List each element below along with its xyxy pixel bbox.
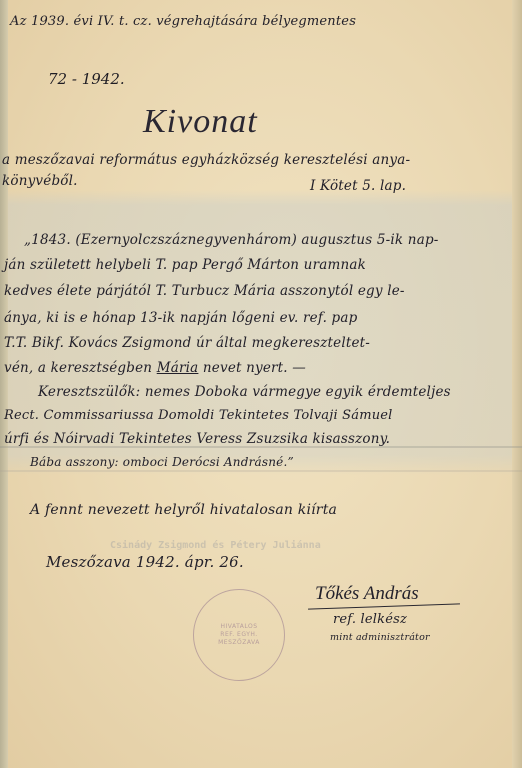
certification-line: A fennt nevezett helyről hivatalosan kií… — [30, 502, 337, 518]
document-title: Kivonat — [143, 103, 258, 141]
scanned-document: Az 1939. évi IV. t. cz. végrehajtására b… — [0, 0, 522, 768]
body-line-3: kedves élete párjától T. Turbucz Mária a… — [4, 283, 405, 299]
body-line-5: T.T. Bikf. Kovács Zsigmond úr által megk… — [4, 335, 370, 351]
show-through-typed-text: Csinády Zsigmond és Pétery Juliánna — [110, 540, 321, 551]
body-line-4: ánya, ki is e hónap 13-ik napján lőgeni … — [4, 310, 358, 326]
signature: Tőkés András — [315, 583, 419, 605]
body-line-6-text: vén, a keresztségben — [4, 360, 152, 376]
body-line-2: ján született helybeli T. pap Pergő Márt… — [4, 257, 366, 273]
body-line-1: „1843. (Ezernyolczszáznegyvenhárom) augu… — [24, 232, 439, 248]
signer-capacity: mint adminisztrátor — [330, 632, 430, 643]
paper-fold — [0, 470, 522, 472]
godparents-line-1: Keresztszülők: nemes Doboka vármegye egy… — [38, 384, 451, 400]
stamp-line-1: HIVATALOS — [220, 623, 257, 631]
stamp-line-3: MESZŐZAVA — [218, 639, 260, 647]
intro-line-2: könyvéből. — [2, 173, 78, 189]
place-and-date: Meszőzava 1942. ápr. 26. — [46, 553, 244, 571]
baptized-name: Mária — [157, 360, 199, 376]
signer-role: ref. lelkész — [333, 612, 407, 627]
godparents-line-2: Rect. Commissariussa Domoldi Tekintetes … — [4, 408, 393, 423]
body-line-6-end: nevet nyert. — — [203, 360, 306, 376]
midwife-line: Bába asszony: omboci Derócsi Andrásné.” — [30, 455, 294, 469]
volume-page: I Kötet 5. lap. — [310, 178, 406, 194]
body-line-6: vén, a keresztségben Mária nevet nyert. … — [4, 360, 306, 376]
godparents-line-3: úrfi és Nóirvadi Tekintetes Veress Zsuzs… — [4, 431, 390, 447]
reference-number: 72 - 1942. — [48, 70, 125, 88]
stamp-line-2: REF. EGYH. — [220, 631, 257, 639]
intro-line-1: a meszőzavai református egyházközség ker… — [2, 152, 410, 168]
official-stamp: HIVATALOS REF. EGYH. MESZŐZAVA — [193, 589, 285, 681]
paper-edge-left — [0, 0, 8, 768]
stamp-duty-exemption-note: Az 1939. évi IV. t. cz. végrehajtására b… — [10, 14, 356, 29]
paper-edge-right — [512, 0, 522, 768]
